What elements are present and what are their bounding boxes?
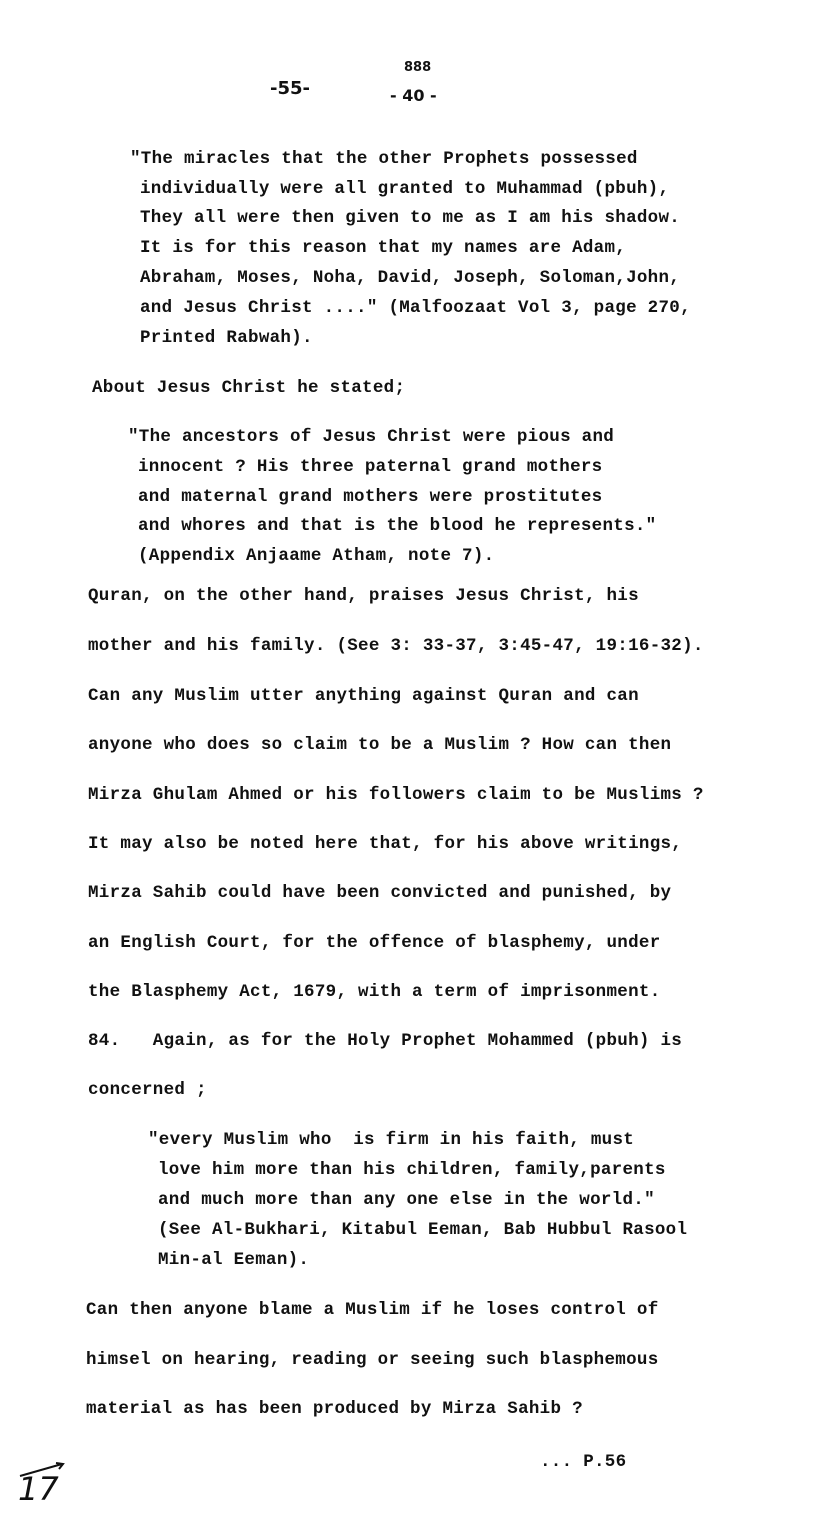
body-line: anyone who does so claim to be a Muslim … — [88, 735, 671, 755]
quote-line: (See Al-Bukhari, Kitabul Eeman, Bab Hubb… — [158, 1220, 687, 1240]
body-line: Can any Muslim utter anything against Qu… — [88, 686, 639, 706]
body-line: Mirza Ghulam Ahmed or his followers clai… — [88, 785, 704, 805]
archive-stamp: 888 — [404, 60, 431, 75]
quote-line: It is for this reason that my names are … — [140, 238, 626, 258]
body-line: Mirza Sahib could have been convicted an… — [88, 883, 671, 903]
quote-line: "The ancestors of Jesus Christ were piou… — [128, 427, 614, 447]
quote-line: Min-al Eeman). — [158, 1250, 309, 1270]
quote-line: Printed Rabwah). — [140, 328, 313, 348]
archive-mark: - 40 - — [390, 86, 437, 105]
quote-line: individually were all granted to Muhamma… — [140, 179, 669, 199]
quote-line: innocent ? His three paternal grand moth… — [138, 457, 602, 477]
page-number-handwritten: -55- — [270, 78, 310, 99]
intro-line: About Jesus Christ he stated; — [92, 378, 405, 398]
body-line: material as has been produced by Mirza S… — [86, 1399, 583, 1419]
quote-line: (Appendix Anjaame Atham, note 7). — [138, 546, 494, 566]
quote-line: and Jesus Christ ...." (Malfoozaat Vol 3… — [140, 298, 691, 318]
body-line: Quran, on the other hand, praises Jesus … — [88, 586, 639, 606]
continuation-marker: ... P.56 — [540, 1452, 626, 1472]
quote-line: love him more than his children, family,… — [158, 1160, 666, 1180]
body-line: himsel on hearing, reading or seeing suc… — [86, 1350, 659, 1370]
body-line: It may also be noted here that, for his … — [88, 834, 682, 854]
quote-line: and much more than any one else in the w… — [158, 1190, 655, 1210]
handwritten-stroke-icon — [18, 1460, 68, 1480]
body-line: concerned ; — [88, 1080, 207, 1100]
quote-line: "every Muslim who is firm in his faith, … — [148, 1130, 634, 1150]
body-line: Can then anyone blame a Muslim if he los… — [86, 1300, 659, 1320]
quote-line: and whores and that is the blood he repr… — [138, 516, 656, 536]
body-line: 84. Again, as for the Holy Prophet Moham… — [88, 1031, 682, 1051]
body-line: mother and his family. (See 3: 33-37, 3:… — [88, 636, 704, 656]
quote-line: "The miracles that the other Prophets po… — [130, 149, 638, 169]
quote-line: They all were then given to me as I am h… — [140, 208, 680, 228]
body-line: the Blasphemy Act, 1679, with a term of … — [88, 982, 661, 1002]
quote-line: and maternal grand mothers were prostitu… — [138, 487, 602, 507]
quote-line: Abraham, Moses, Noha, David, Joseph, Sol… — [140, 268, 680, 288]
body-line: an English Court, for the offence of bla… — [88, 933, 661, 953]
